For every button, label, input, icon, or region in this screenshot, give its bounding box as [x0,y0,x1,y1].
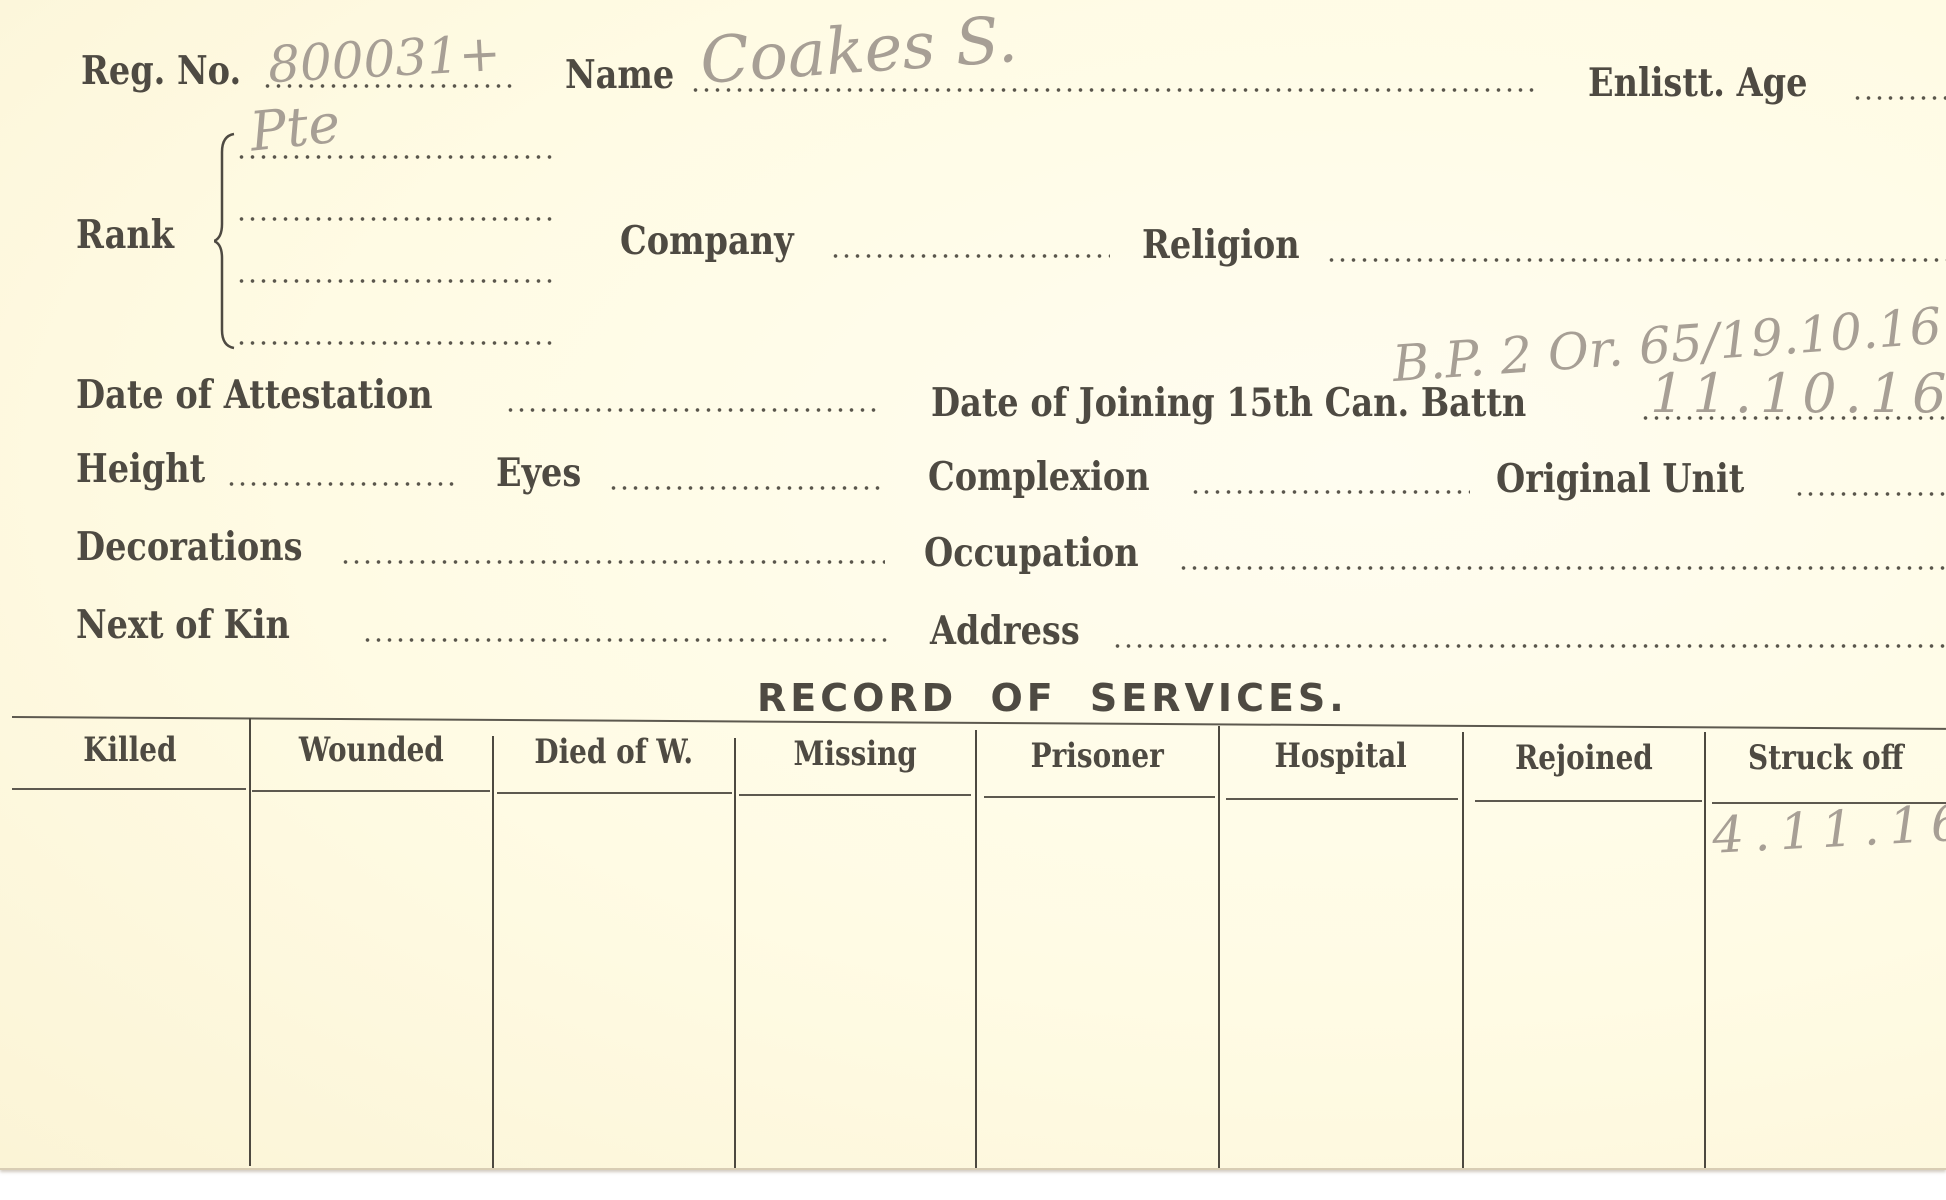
rank-value-1[interactable]: Pte [247,91,343,163]
occupation-dotted-line[interactable] [1178,566,1946,570]
address-dotted-line[interactable] [1112,644,1946,648]
date-of-joining-value[interactable]: 11.10.16 [1650,362,1946,425]
decorations-label: Decorations [76,524,303,570]
rank-label: Rank [76,212,174,258]
date-of-attestation-label: Date of Attestation [76,372,433,418]
cell-rejoined[interactable] [1466,800,1702,1166]
service-record-card: Reg. No. 800031+ Name Coakes S. Enlistt.… [0,0,1946,1170]
company-dotted-line[interactable] [830,254,1110,258]
next-of-kin-dotted-line[interactable] [362,638,888,642]
column-header-hospital: Hospital [1220,736,1461,776]
original-unit-dotted-line[interactable] [1794,492,1946,496]
religion-dotted-line[interactable] [1326,258,1946,262]
complexion-dotted-line[interactable] [1190,490,1470,494]
name-label: Name [565,52,674,98]
reg-no-label: Reg. No. [81,48,241,94]
column-header-struck-off: Struck off [1706,738,1946,778]
cell-wounded[interactable] [253,800,490,1166]
address-label: Address [930,608,1080,654]
height-dotted-line[interactable] [226,482,460,486]
decorations-dotted-line[interactable] [340,560,885,564]
column-header-rejoined: Rejoined [1464,738,1703,778]
header-underline-1 [12,788,246,790]
company-label: Company [620,218,794,264]
column-divider-6 [1462,732,1464,1168]
column-divider-2 [492,736,494,1168]
rank-line-1[interactable] [236,155,558,159]
header-underline-2 [252,790,490,792]
cell-killed[interactable] [14,800,246,1166]
column-header-died-of-wounds: Died of W. [494,732,734,772]
header-underline-3 [497,792,732,794]
reg-no-value[interactable]: 800031+ [267,24,502,94]
header-underline-5 [984,796,1215,798]
column-header-killed: Killed [12,730,248,770]
cell-prisoner[interactable] [979,800,1216,1166]
religion-label: Religion [1142,222,1300,268]
rank-brace-icon [214,132,238,350]
enlist-age-dotted-line [1852,96,1946,100]
height-label: Height [76,446,205,492]
eyes-dotted-line[interactable] [608,486,886,490]
eyes-label: Eyes [496,450,581,496]
column-header-wounded: Wounded [251,730,491,770]
column-divider-7 [1704,732,1706,1168]
column-divider-3 [734,738,736,1168]
column-header-prisoner: Prisoner [977,736,1217,776]
date-of-attestation-dotted-line[interactable] [505,408,880,412]
column-header-missing: Missing [736,734,974,774]
column-divider-4 [975,730,977,1168]
name-value[interactable]: Coakes S. [698,3,1020,99]
rank-line-3[interactable] [236,279,558,283]
original-unit-label: Original Unit [1496,456,1744,502]
complexion-label: Complexion [928,454,1150,500]
rank-line-4[interactable] [236,341,558,345]
enlist-age-label: Enlistt. Age [1588,60,1807,106]
column-divider-1 [249,718,251,1166]
rank-line-2[interactable] [236,217,558,221]
record-of-services-title: RECORD OF SERVICES. [757,676,1348,720]
next-of-kin-label: Next of Kin [76,602,290,648]
cell-hospital[interactable] [1222,800,1460,1166]
occupation-label: Occupation [924,530,1139,576]
column-divider-5 [1218,726,1220,1168]
cell-died-of-wounds[interactable] [496,800,732,1166]
date-of-joining-label: Date of Joining 15th Can. Battn [931,380,1526,426]
cell-missing[interactable] [738,800,973,1166]
header-underline-4 [739,794,971,796]
